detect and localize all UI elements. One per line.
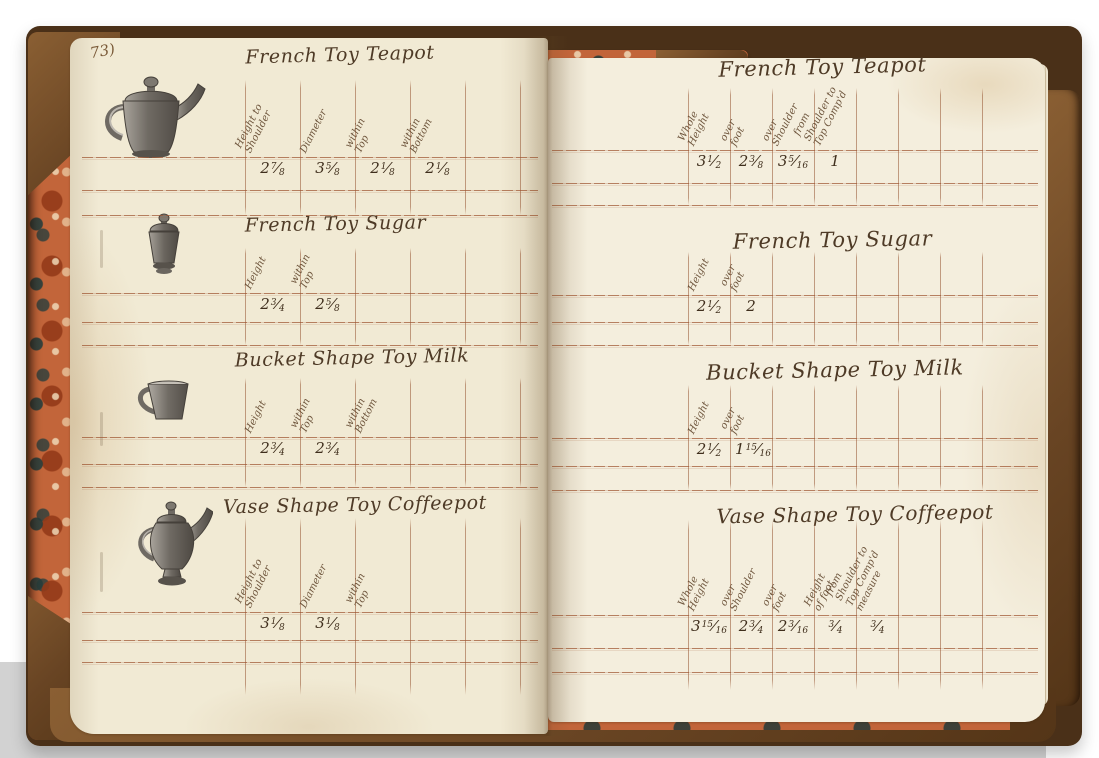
measurement-value: 31⁄8 [300, 614, 355, 633]
column-rule-line [940, 252, 941, 345]
measurement-value: 21⁄2 [688, 440, 730, 459]
column-rule-line [410, 518, 411, 695]
column-rule-line [410, 378, 411, 487]
measurement-value: 21⁄2 [688, 297, 730, 316]
column-rule-line [940, 520, 941, 690]
measurement-value: 3⁄4 [856, 617, 898, 636]
column-rule-line [898, 88, 899, 205]
margin-pencil-mark [100, 412, 103, 446]
ruled-line [552, 466, 1038, 467]
measurement-value: 315⁄16 [688, 617, 730, 636]
ruled-line [552, 295, 1038, 296]
measurement-value: 23⁄4 [245, 295, 300, 314]
measurement-value: 23⁄8 [730, 152, 772, 171]
ruled-line [82, 464, 538, 465]
column-rule-line [982, 252, 983, 345]
column-rule-line [856, 252, 857, 345]
entry-title: Vase Shape Toy Coffeepot [220, 492, 490, 519]
ruled-line [82, 612, 538, 613]
ruled-line [552, 438, 1038, 439]
measurement-value: 115⁄16 [730, 440, 776, 459]
measurement-value: 1 [814, 152, 856, 170]
column-rule-line [940, 88, 941, 205]
measurement-value: 23⁄4 [245, 439, 300, 458]
column-rule-line [898, 252, 899, 345]
ruled-line [552, 150, 1038, 151]
ruled-line [552, 205, 1038, 206]
measurement-value: 27⁄8 [245, 159, 300, 178]
ruled-line [552, 615, 1038, 616]
ruled-line [552, 345, 1038, 346]
column-rule-line [982, 88, 983, 205]
measurement-value: 3⁄4 [814, 617, 856, 636]
ruled-line [82, 437, 538, 438]
column-rule-line [520, 378, 521, 487]
ruled-line [82, 190, 538, 191]
measurement-value: 21⁄8 [410, 159, 465, 178]
margin-pencil-mark [100, 230, 103, 268]
column-rule-line [856, 88, 857, 205]
measurement-value: 23⁄4 [300, 439, 355, 458]
measurement-value: 21⁄8 [355, 159, 410, 178]
entry-title: French Toy Sugar [710, 226, 955, 254]
ruled-line [552, 183, 1038, 184]
photograph-of-ledger: { "book": { "left_page": { "page_number"… [0, 0, 1099, 758]
ruled-line [82, 662, 538, 663]
column-rule-line [814, 252, 815, 345]
ruled-line [82, 487, 538, 488]
margin-pencil-mark [100, 552, 103, 592]
column-rule-line [982, 520, 983, 690]
column-rule-line [465, 378, 466, 487]
sugar-bowl-icon [138, 208, 190, 278]
measurement-value: 31⁄2 [688, 152, 730, 171]
column-rule-line [520, 80, 521, 215]
measurement-value: 23⁄4 [730, 617, 772, 636]
column-rule-line [410, 248, 411, 345]
column-rule-line [520, 248, 521, 345]
ruled-line [552, 490, 1038, 491]
column-rule-line [465, 518, 466, 695]
ruled-line [552, 672, 1038, 673]
ruled-line [82, 157, 538, 158]
column-rule-line [772, 252, 773, 345]
ruled-line [552, 648, 1038, 649]
measurement-value: 2 [730, 297, 772, 315]
column-rule-line [520, 518, 521, 695]
ruled-line [552, 322, 1038, 323]
book-gutter-shadow [524, 36, 570, 736]
measurement-value: 25⁄8 [300, 295, 355, 314]
measurement-value: 23⁄16 [772, 617, 814, 636]
milk-jug-icon [130, 374, 194, 426]
teapot-icon [95, 66, 210, 163]
ruled-line [82, 322, 538, 323]
column-rule-line [465, 80, 466, 215]
ruled-line [82, 640, 538, 641]
column-rule-line [355, 248, 356, 345]
measurement-value: 35⁄16 [772, 152, 814, 171]
measurement-value: 31⁄8 [245, 614, 300, 633]
ruled-line [82, 293, 538, 294]
column-rule-line [898, 520, 899, 690]
measurement-value: 35⁄8 [300, 159, 355, 178]
column-rule-line [465, 248, 466, 345]
